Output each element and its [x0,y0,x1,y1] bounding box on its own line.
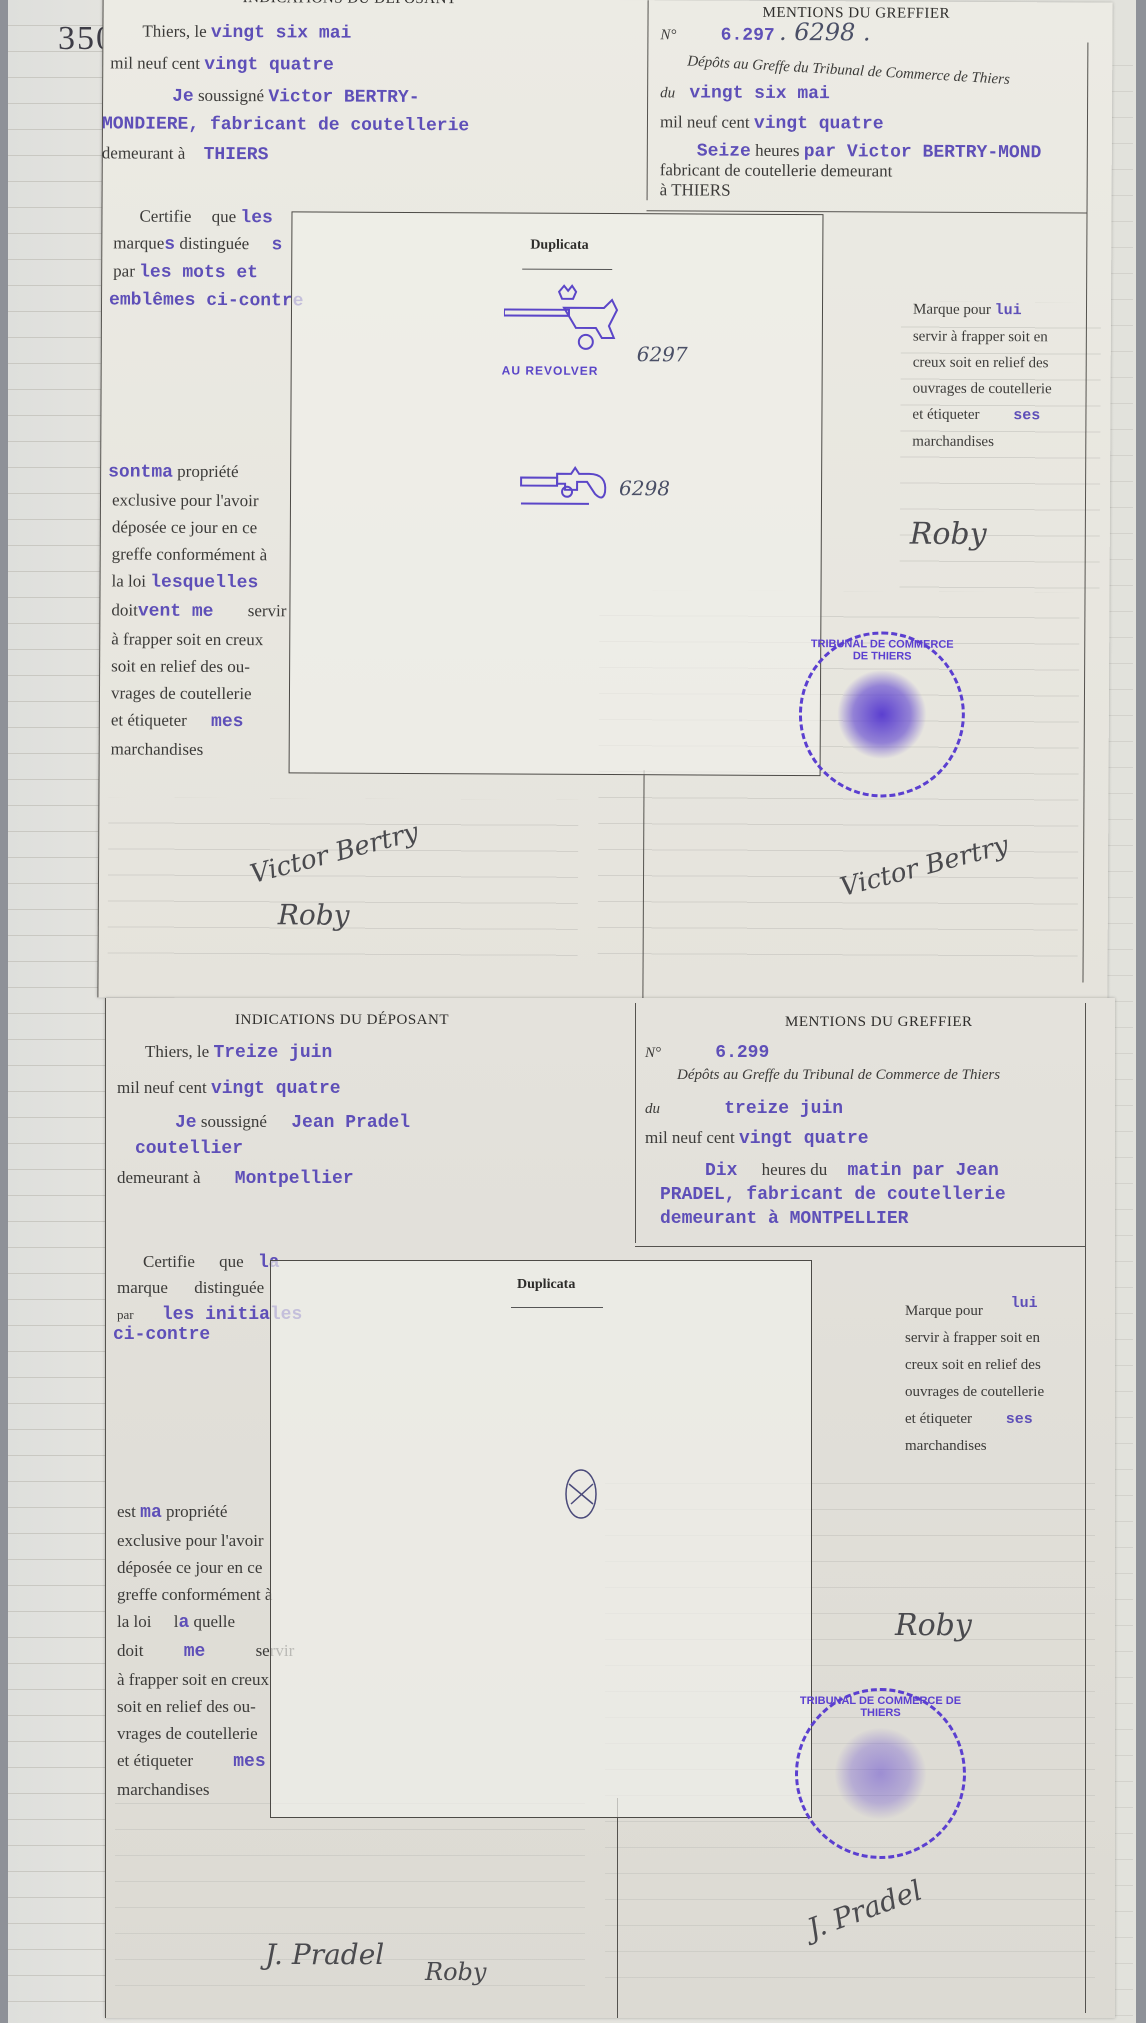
stamp-emblem [834,1727,926,1819]
value: sontma [108,462,173,482]
date-value: treize juin [724,1099,843,1119]
label: doit [117,1641,143,1660]
underline [522,269,612,270]
text-line: ouvrages de coutellerie [905,1379,1085,1406]
greffier-line: à THIERS [660,176,731,203]
label: distinguée [194,1278,264,1297]
year-value: vingt quatre [204,55,334,76]
label: et étiqueter [117,1751,193,1770]
date-line: Thiers, le vingt six mai [142,18,351,48]
date-line: Thiers, le Treize juin [145,1038,332,1067]
value: mes [233,1752,265,1772]
label: propriété [166,1502,227,1521]
greffier-signature: Roby [895,1608,972,1643]
greffier-date-line: du treize juin [645,1094,843,1123]
label: est [117,1502,136,1521]
greffier-number-line: N° 6.297 . 6298 . [660,18,870,50]
label: propriété [177,462,238,481]
value: ses [1013,407,1040,424]
residence-value: Montpellier [235,1169,354,1189]
label: Thiers, le [145,1042,209,1061]
label: soussigné [201,1112,267,1131]
label: et étiqueter [912,407,979,423]
year-value: vingt quatre [754,114,884,135]
mark-number: 6298 [619,476,670,500]
label: soussigné [198,86,264,105]
soussigne-line: Je soussigné Victor BERTRY- [172,82,420,112]
label: mil neuf cent [110,53,200,72]
label: du [645,1101,660,1117]
mark-label: AU REVOLVER [502,363,599,378]
marque-line: marques distinguée s [113,229,282,259]
value: PRADEL, fabricant de coutellerie [660,1185,1006,1205]
je: Je [175,1113,197,1133]
left-margin-ruling [8,0,108,2023]
label: marque [113,233,164,252]
tribunal-stamp: TRIBUNAL DE COMMERCE DE THIERS [795,1688,966,1859]
greffier-date-line: du vingt six mai [660,78,830,108]
date-value: Treize juin [213,1043,332,1063]
hour-value: Dix [705,1161,737,1181]
residence-line: demeurant à THIERS [102,139,269,169]
greffier-header: MENTIONS DU GREFFIER [785,1014,973,1031]
label: Marque pour [913,302,991,318]
label: mil neuf cent [645,1128,735,1147]
stamp-emblem [837,669,927,759]
label: mil neuf cent [117,1078,207,1097]
certifie-line: Certifie que les [139,203,273,233]
label: N° [660,27,676,43]
column-divider [635,1003,636,1243]
par-line-2: ci-contre [113,1320,210,1349]
value: lesquelles [150,573,258,594]
duplicata-title: Duplicata [530,238,588,254]
underline [511,1307,603,1308]
greffier-line: demeurant à MONTPELLIER [660,1204,908,1233]
marque-pour-block: Marque pour lui servir à frapper soit en… [912,297,1083,456]
depositant-header: INDICATIONS DU DÉPOSANT [235,1012,449,1029]
year-value: vingt quatre [739,1129,869,1149]
year-value: vingt quatre [211,1079,341,1099]
greffier-signature: Roby [425,1958,486,1986]
label: par [113,261,135,280]
label: la loi [117,1612,151,1631]
label: la loi [112,571,147,590]
greffier-signature: Roby [910,517,987,552]
date-value: vingt six mai [211,23,352,44]
label: Certifie [143,1252,195,1271]
year-line: mil neuf cent vingt quatre [117,1074,341,1103]
occupation-line: coutellier [135,1134,243,1163]
depots-label: Dépôts au Greffe du Tribunal de Commerce… [677,1062,1000,1089]
label: heures du [762,1160,828,1179]
value: emblêmes ci-contre [109,290,304,311]
label: Certifie [139,207,191,226]
stamp-text: TRIBUNAL DE COMMERCE DE THIERS [798,1695,963,1719]
entry-2-sheet: INDICATIONS DU DÉPOSANT MENTIONS DU GREF… [105,998,1115,2018]
label: du [660,85,675,101]
border-left [105,998,106,2018]
label: demeurant à [102,143,186,162]
text-line: creux soit en relief des [905,1352,1085,1379]
par-line-2: emblêmes ci-contre [109,285,304,315]
residence-value: THIERS [204,145,269,165]
par-line: par les mots et [113,257,258,287]
handwritten-number: . 6298 . [779,18,871,46]
label: quelle [194,1612,236,1631]
column-divider [647,0,649,200]
label: Marque pour [905,1303,983,1319]
label: marchandises [905,1433,1085,1460]
greffier-year-line: mil neuf cent vingt quatre [645,1124,869,1153]
duplicata-title: Duplicata [517,1277,575,1293]
value: ci-contre [113,1325,210,1345]
certifie-line: Certifie que la [143,1248,280,1277]
label: que [219,1252,244,1271]
mark-number: 6297 [637,342,688,366]
stamp-text: TRIBUNAL DE COMMERCE DE THIERS [802,638,962,663]
text-line: servir à frapper soit en [905,1325,1085,1352]
label: mil neuf cent [660,112,750,131]
name-value: Victor BERTRY- [268,87,419,108]
value: ma [140,1503,162,1523]
occupation-value: coutellier [135,1139,243,1159]
value: les [240,208,273,228]
duplicata-box: Duplicata AU REVOLVER 6297 6298 [289,211,824,776]
label: N° [645,1045,661,1061]
label: et étiqueter [905,1411,972,1427]
initials-mark-icon [563,1468,599,1520]
value: s [271,235,282,255]
label: Thiers, le [142,22,206,41]
text-line: creux soit en relief des [913,350,1083,377]
marque-pour-block: Marque pour lui servir à frapper soit en… [905,1298,1085,1460]
label: distinguée [179,234,249,253]
value: a [178,1613,189,1633]
border-right [1085,1003,1086,2013]
value: les mots et [139,263,258,284]
entry-1-sheet: INDICATIONS DU DÉPOSANT MENTIONS DU GREF… [97,0,1112,1003]
soussigne-line: Je soussigné Jean Pradel [175,1108,410,1137]
label: que [212,207,237,226]
deposit-number: 6.299 [715,1043,769,1063]
occupation-value: MONDIERE, fabricant de coutellerie [102,114,469,136]
name-value: Jean Pradel [291,1113,410,1133]
label: doit [111,600,138,619]
year-line: mil neuf cent vingt quatre [110,49,334,79]
divider [635,1246,1085,1247]
label: et étiqueter [111,710,187,729]
date-value: vingt six mai [689,83,830,104]
value: s [164,235,175,255]
ruling [108,797,579,959]
label: demeurant à [117,1168,201,1187]
tribunal-stamp: TRIBUNAL DE COMMERCE DE THIERS [798,631,965,798]
text-line: ouvrages de coutellerie [913,376,1083,403]
value: lui [995,302,1022,319]
value: demeurant à MONTPELLIER [660,1209,908,1229]
label: servir [248,601,287,620]
greffier-year-line: mil neuf cent vingt quatre [660,108,884,138]
depositant-signature: J. Pradel [265,1938,384,1971]
je: Je [172,87,194,107]
label: marchandises [912,429,1082,456]
residence-line: demeurant à Montpellier [117,1164,354,1193]
value: me [184,1642,206,1662]
value: matin par Jean [848,1161,999,1181]
greffier-signature: Roby [278,898,350,931]
column-divider [617,1798,618,2018]
depositant-header: INDICATIONS DU DÉPOSANT [243,0,457,8]
label: marque [117,1278,168,1297]
value: vent me [138,602,214,622]
marque-line: marque distinguée [117,1274,264,1301]
duplicata-box: Duplicata [270,1260,812,1818]
occupation-line: MONDIERE, fabricant de coutellerie [102,109,469,140]
value: ses [1006,1411,1033,1428]
text-line: servir à frapper soit en [913,324,1083,351]
value: lui [1011,1295,1038,1312]
pistol-mark-icon [519,464,614,509]
value: mes [211,712,244,732]
deposit-number: 6.297 [721,26,775,46]
